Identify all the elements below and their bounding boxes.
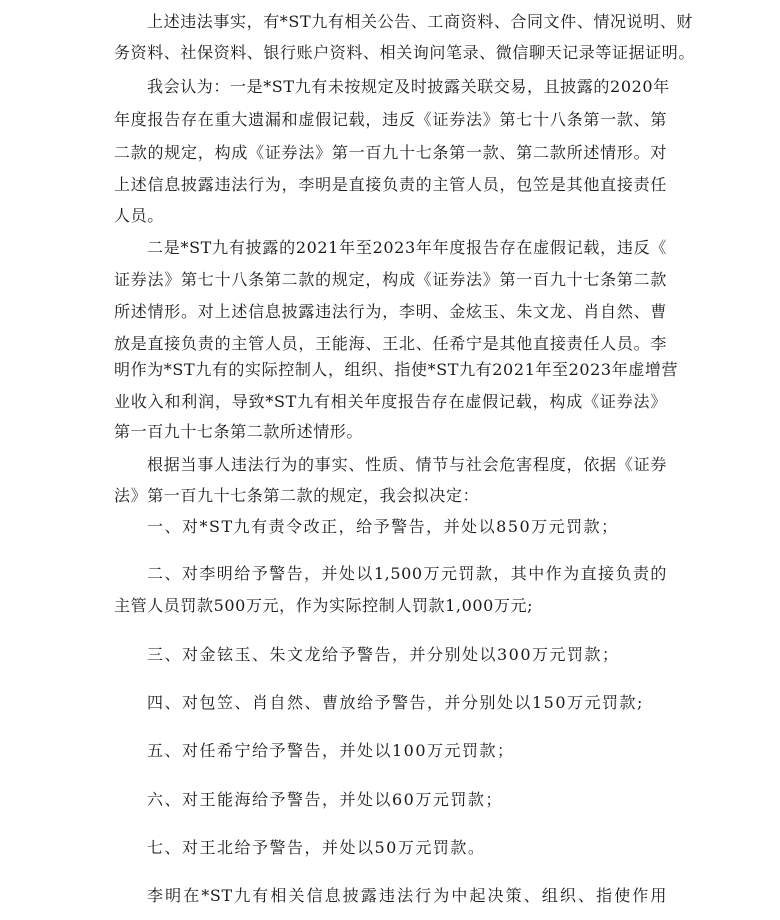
text-line: 根据当事人违法行为的事实、性质、情节与社会危害程度，依据《证券 — [147, 455, 667, 475]
text-line: 六、对王能海给予警告，并处以60万元罚款； — [147, 790, 667, 810]
text-line: 第一百九十七条第二款所述情形。 — [114, 422, 667, 442]
text-line: 证券法》第七十八条第二款的规定，构成《证券法》第一百九十七条第二款 — [114, 270, 667, 290]
text-line: 一、对*ST九有责令改正，给予警告，并处以850万元罚款； — [147, 517, 667, 537]
text-line: 三、对金铉玉、朱文龙给予警告，并分别处以300万元罚款； — [147, 645, 667, 665]
text-line: 所述情形。对上述信息披露违法行为，李明、金炫玉、朱文龙、肖自然、曹 — [114, 302, 667, 322]
text-line: 人员。 — [114, 206, 667, 226]
text-line: 业收入和利润，导致*ST九有相关年度报告存在虚假记载，构成《证券法》 — [114, 392, 667, 412]
text-line: 放是直接负责的主管人员，王能海、王北、任希宁是其他直接责任人员。李 — [114, 334, 667, 354]
text-line: 二、对李明给予警告，并处以1,500万元罚款，其中作为直接负责的 — [147, 564, 667, 584]
text-line: 李明在*ST九有相关信息披露违法行为中起决策、组织、指使作用 — [147, 886, 667, 906]
text-line: 我会认为：一是*ST九有未按规定及时披露关联交易，且披露的2020年 — [147, 77, 667, 97]
text-line: 二是*ST九有披露的2021年至2023年年度报告存在虚假记载，违反《 — [147, 238, 667, 258]
text-line: 上述信息披露违法行为，李明是直接负责的主管人员，包笠是其他直接责任 — [114, 175, 667, 195]
text-line: 二款的规定，构成《证券法》第一百九十七条第一款、第二款所述情形。对 — [114, 143, 667, 163]
text-line: 上述违法事实，有*ST九有相关公告、工商资料、合同文件、情况说明、财 — [147, 12, 667, 32]
text-line: 法》第一百九十七条第二款的规定，我会拟决定： — [114, 486, 667, 506]
text-line: 七、对王北给予警告，并处以50万元罚款。 — [147, 838, 667, 858]
text-line: 年度报告存在重大遗漏和虚假记载，违反《证券法》第七十八条第一款、第 — [114, 110, 667, 130]
text-line: 务资料、社保资料、银行账户资料、相关询问笔录、微信聊天记录等证据证明。 — [114, 43, 667, 63]
text-line: 主管人员罚款500万元，作为实际控制人罚款1,000万元; — [114, 596, 667, 616]
text-line: 四、对包笠、肖自然、曹放给予警告，并分别处以150万元罚款; — [147, 693, 667, 713]
text-line: 明作为*ST九有的实际控制人，组织、指使*ST九有2021年至2023年虚增营 — [114, 360, 667, 380]
document-page: 上述违法事实，有*ST九有相关公告、工商资料、合同文件、情况说明、财务资料、社保… — [0, 0, 780, 920]
text-line: 五、对任希宁给予警告，并处以100万元罚款； — [147, 741, 667, 761]
